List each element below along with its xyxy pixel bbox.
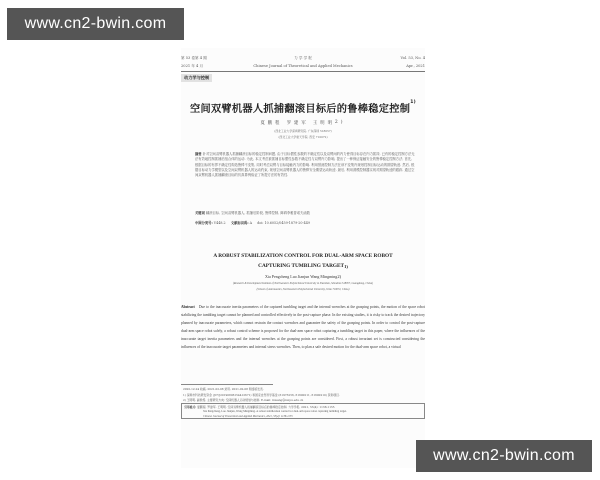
en-title: A ROBUST STABILIZATION CONTROL FOR DUAL-…: [181, 252, 425, 271]
citation-en-journal: Chinese Journal of Theoretical and Appli…: [184, 415, 422, 420]
en-affiliation-1: (Research & Development Institute of Nor…: [181, 282, 425, 285]
watermark-bottom-right: www.cn2-bwin.com: [416, 440, 592, 472]
cn-title: 空间双臂机器人抓捕翻滚目标后的鲁棒稳定控制1): [181, 100, 425, 115]
citation-label: 引用格式:: [184, 405, 196, 409]
footnote-divider: [181, 384, 273, 385]
cn-abstract-label: 摘要: [195, 152, 202, 156]
watermark-top-left: www.cn2-bwin.com: [7, 8, 184, 40]
en-title-line-2: CAPTURING TUMBLING TARGET: [258, 263, 344, 269]
footnote-corresponding-author: 2) 王明明, 副教授, 主要研究方向: 空间机器人运动规划与控制. E-mai…: [183, 398, 425, 402]
cn-title-text: 空间双臂机器人抓捕翻滚目标后的鲁棒稳定控制: [190, 104, 410, 115]
en-abstract-label: Abstract: [181, 305, 195, 309]
doi: doi: 10.6052/0459-1879-20-449: [257, 221, 310, 225]
cn-authors-footnote-mark: 2): [335, 120, 346, 125]
volume-issue-en: Vol. 53, No. 4: [400, 56, 425, 60]
cn-affiliation-2: (西北工业大学航天学院, 西安 710072): [181, 135, 425, 139]
doc-code-value: A: [250, 221, 252, 225]
cn-affiliation-1: (西北工业大学深圳研究院, 广东深圳 518057): [181, 129, 425, 133]
doc-code-label: 文献标识码:: [231, 221, 249, 225]
citation-box: 引用格式: 夏鹏程, 罗建军, 王明明. 空间双臂机器人抓捕翻滚目标后的鲁棒稳定…: [181, 403, 425, 419]
footnote-funding: 1) 深圳市科技研发资金 (JCYJ20190806154412671) 和国家…: [183, 393, 425, 397]
en-authors-footnote-mark: 2): [337, 274, 341, 279]
citation-cn: 夏鹏程, 罗建军, 王明明. 空间双臂机器人抓捕翻滚目标后的鲁棒稳定控制. 力学…: [197, 405, 334, 409]
date-en: Apr., 2021: [406, 64, 425, 68]
cn-title-footnote-mark: 1): [410, 100, 416, 105]
paper-page: 第 53 卷第 4 期 力 学 学 报 Vol. 53, No. 4 2021 …: [181, 48, 425, 468]
en-affiliation-2: (School of Astronautics, Northwestern Po…: [181, 288, 425, 291]
en-title-line-1: A ROBUST STABILIZATION CONTROL FOR DUAL-…: [181, 252, 425, 262]
clc-value: V448.2: [214, 221, 226, 225]
en-authors-text: Xia Pengcheng Luo Jianjun Wang Mingming: [265, 274, 337, 279]
clc-label: 中图分类号:: [195, 221, 213, 225]
cn-keywords-text: 翻滚目标, 空间双臂机器人, 抓捕后阶段, 鲁棒控制, 障碍李雅普诺夫函数: [206, 211, 310, 215]
en-authors: Xia Pengcheng Luo Jianjun Wang Mingming2…: [181, 274, 425, 279]
header-divider: [181, 71, 425, 72]
cn-keywords: 关键词 翻滚目标, 空间双臂机器人, 抓捕后阶段, 鲁棒控制, 障碍李雅普诺夫函…: [195, 211, 415, 216]
en-abstract-text: Due to the inaccurate inertia parameters…: [181, 305, 425, 349]
section-tag: 动力学与控制: [181, 74, 212, 82]
cn-keywords-label: 关键词: [195, 211, 205, 215]
journal-name-en: Chinese Journal of Theoretical and Appli…: [181, 64, 425, 68]
cn-authors: 夏鹏程 罗建军 王明明2): [181, 120, 425, 126]
en-title-line-2-wrap: CAPTURING TUMBLING TARGET1): [181, 262, 425, 272]
cn-authors-text: 夏鹏程 罗建军 王明明: [260, 121, 334, 126]
footnote-received: 2020-12-24 收稿, 2021-02-08 录用, 2021-02-08…: [183, 387, 425, 391]
en-title-footnote-mark: 1): [344, 264, 348, 269]
journal-name-cn: 力 学 学 报: [181, 56, 425, 61]
cn-abstract-text: 针对空间双臂机器人抓捕翻滚目标的稳定控制问题, 由于目标惯性参数的不确定性以及双…: [195, 152, 415, 177]
en-abstract: Abstract Due to the inaccurate inertia p…: [181, 304, 425, 368]
cn-abstract: 摘要 针对空间双臂机器人抓捕翻滚目标的稳定控制问题, 由于目标惯性参数的不确定性…: [195, 152, 415, 210]
classification-row: 中图分类号: V448.2 文献标识码: A doi: 10.6052/0459…: [195, 221, 415, 226]
